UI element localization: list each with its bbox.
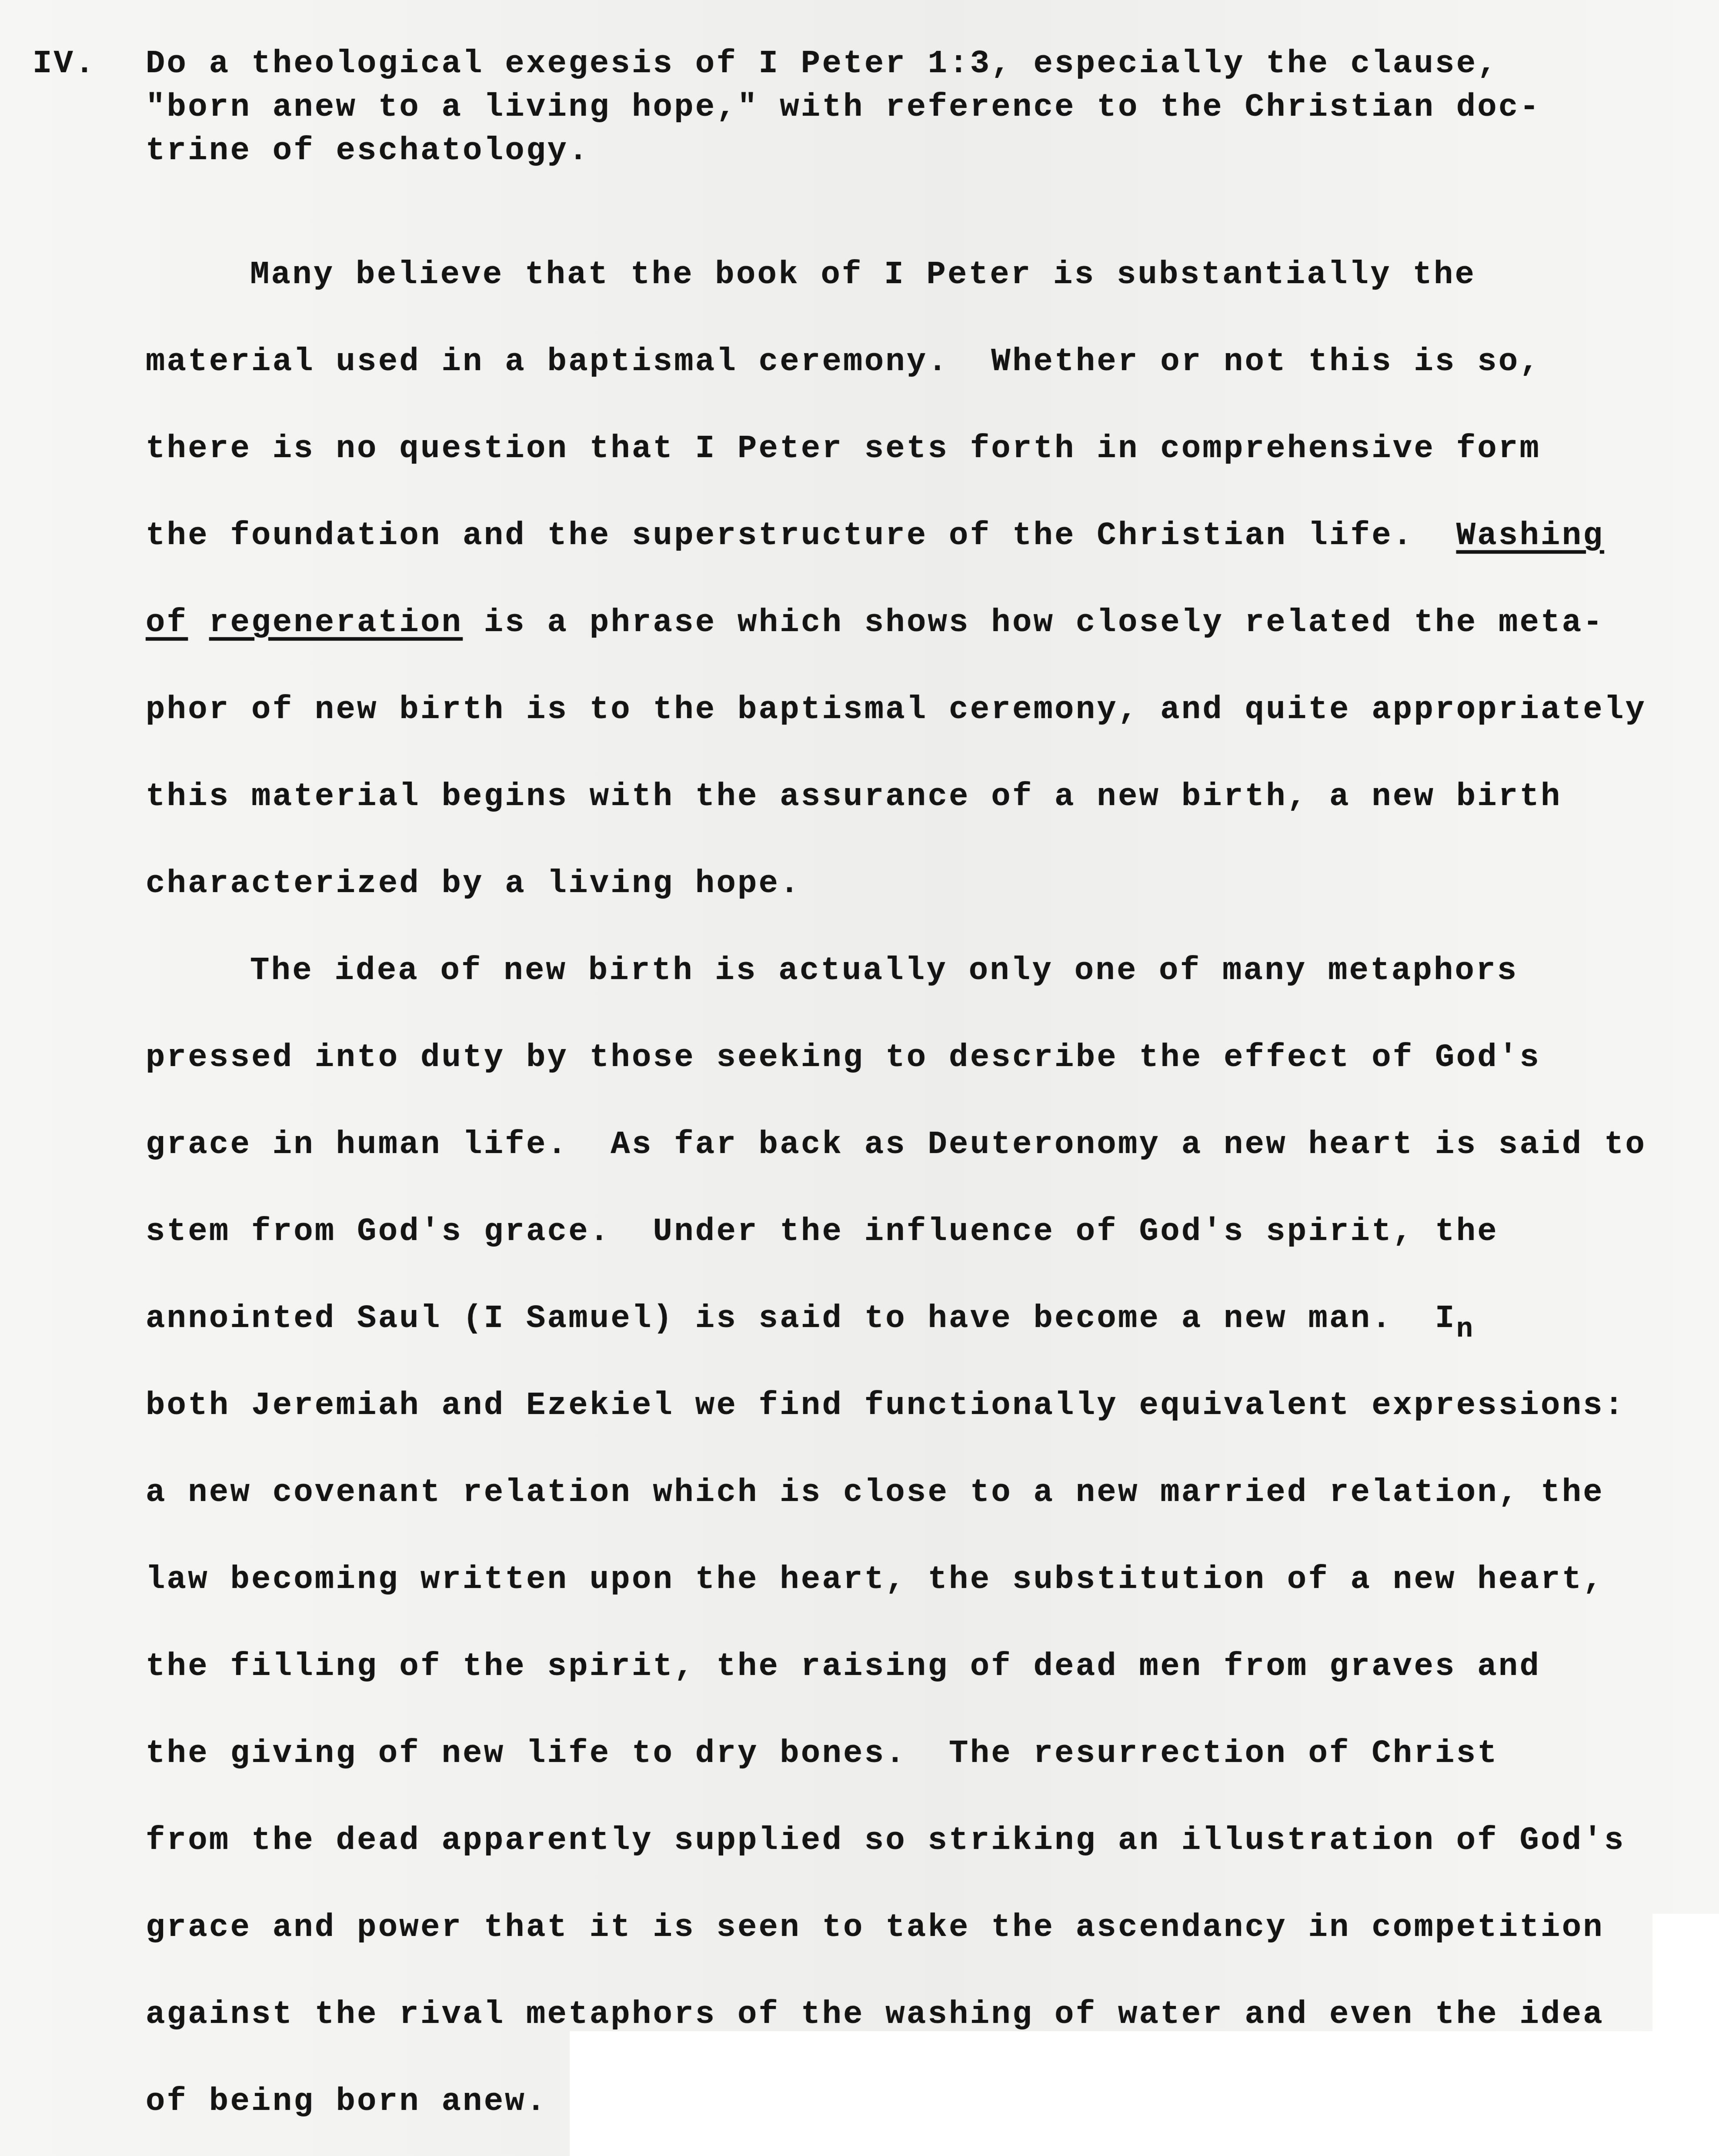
body-line: grace and power that it is seen to take … — [146, 1912, 1604, 1944]
body-line: The idea of new birth is actually only o… — [250, 955, 1518, 987]
body-text — [188, 605, 209, 641]
body-line: this material begins with the assurance … — [146, 781, 1562, 813]
blank-scan-area — [570, 2031, 1719, 2156]
question-line: "born anew to a living hope," with refer… — [146, 91, 1541, 124]
body-line: a new covenant relation which is close t… — [146, 1477, 1604, 1509]
body-line: stem from God's grace. Under the influen… — [146, 1216, 1499, 1248]
underlined-phrase: of — [146, 605, 188, 641]
body-text: is a phrase which shows how closely rela… — [463, 605, 1604, 641]
underlined-phrase: Washing — [1456, 518, 1604, 554]
body-line: the filling of the spirit, the raising o… — [146, 1651, 1541, 1683]
question-line: trine of eschatology. — [146, 135, 590, 167]
question-number: IV. — [33, 48, 96, 80]
body-line: phor of new birth is to the baptismal ce… — [146, 694, 1646, 726]
body-line: of regeneration is a phrase which shows … — [146, 607, 1604, 639]
body-line: pressed into duty by those seeking to de… — [146, 1042, 1541, 1074]
body-line: there is no question that I Peter sets f… — [146, 433, 1541, 465]
body-line: annointed Saul (I Samuel) is said to hav… — [146, 1303, 1473, 1335]
body-line: characterized by a living hope. — [146, 868, 801, 900]
body-line: material used in a baptismal ceremony. W… — [146, 346, 1541, 378]
body-text: annointed Saul (I Samuel) is said to hav… — [146, 1300, 1456, 1337]
body-line: both Jeremiah and Ezekiel we find functi… — [146, 1390, 1626, 1422]
body-line: against the rival metaphors of the washi… — [146, 1999, 1604, 2031]
typo-subscript: n — [1456, 1314, 1473, 1345]
body-line: the giving of new life to dry bones. The… — [146, 1738, 1499, 1770]
body-line: the foundation and the superstructure of… — [146, 520, 1604, 552]
underlined-phrase: regeneration — [209, 605, 463, 641]
body-line: law becoming written upon the heart, the… — [146, 1564, 1604, 1596]
body-line: of being born anew. — [146, 2086, 547, 2118]
body-line: Many believe that the book of I Peter is… — [250, 259, 1476, 291]
question-line: Do a theological exegesis of I Peter 1:3… — [146, 48, 1499, 80]
scanned-page: IV. Do a theological exegesis of I Peter… — [0, 0, 1719, 2156]
body-line: from the dead apparently supplied so str… — [146, 1825, 1626, 1857]
body-text: the foundation and the superstructure of… — [146, 518, 1456, 554]
body-line: grace in human life. As far back as Deut… — [146, 1129, 1646, 1161]
